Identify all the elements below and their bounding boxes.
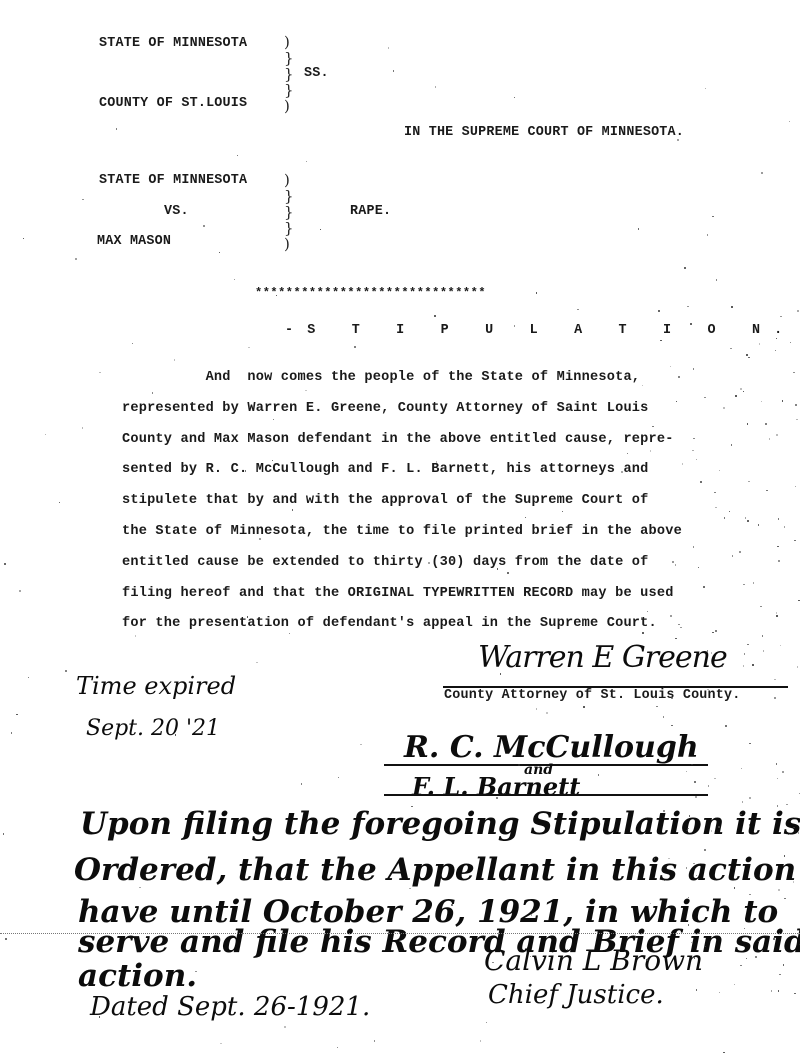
body-line: filing hereof and that the ORIGINAL TYPE… (122, 586, 674, 601)
defense-signature-mccullough: R. C. McCullough (404, 730, 699, 765)
caption-brace: )}}}) (284, 172, 294, 252)
body-line: And now comes the people of the State of… (122, 370, 640, 385)
document-title: -S T I P U L A T I O N. (285, 323, 796, 338)
margin-note-time-expired: Time expired (76, 672, 236, 700)
body-line: for the presentation of defendant's appe… (122, 616, 657, 631)
body-line: stipulete that by and with the approval … (122, 493, 649, 508)
judge-signature: Calvin L Brown (484, 944, 703, 977)
order-line: Upon filing the foregoing Stipulation it… (80, 806, 800, 842)
venue-county: COUNTY OF ST.LOUIS (99, 96, 247, 111)
venue-brace: )}}}) (284, 34, 294, 114)
margin-note-date: Sept. 20 '21 (86, 716, 220, 741)
signature-line-2 (384, 794, 708, 796)
body-line: County and Max Mason defendant in the ab… (122, 432, 674, 447)
venue-state: STATE OF MINNESOTA (99, 36, 247, 51)
county-attorney-title: County Attorney of St. Louis County. (444, 688, 741, 703)
body-line: represented by Warren E. Greene, County … (122, 401, 649, 416)
body-line: entitled cause be extended to thirty (30… (122, 555, 649, 570)
separator-stars: ****************************** (255, 286, 486, 300)
body-line: sented by R. C. McCullough and F. L. Bar… (122, 462, 649, 477)
scan-artifact-line (0, 933, 800, 934)
body-line: the State of Minnesota, the time to file… (122, 524, 682, 539)
county-attorney-signature: Warren E Greene (478, 640, 727, 675)
judge-title: Chief Justice. (488, 980, 664, 1010)
order-line: action. (78, 958, 197, 994)
caption-plaintiff: STATE OF MINNESOTA (99, 173, 247, 188)
caption-defendant: MAX MASON (97, 234, 171, 249)
order-line: Ordered, that the Appellant in this acti… (74, 852, 796, 888)
venue-ss: SS. (304, 66, 329, 81)
caption-charge: RAPE. (350, 204, 391, 219)
court-heading: IN THE SUPREME COURT OF MINNESOTA. (404, 125, 684, 140)
caption-versus: VS. (164, 204, 189, 219)
order-dated: Dated Sept. 26-1921. (90, 992, 370, 1022)
